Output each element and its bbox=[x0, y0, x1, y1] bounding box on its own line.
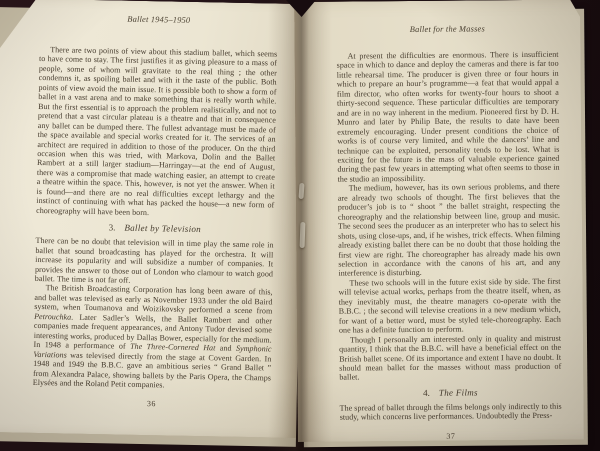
paragraph-difficulties: At present the difficulties are enormous… bbox=[337, 50, 560, 184]
paragraph-bbc-history: The British Broadcasting Corporation has… bbox=[33, 283, 273, 392]
section-number: 4. bbox=[423, 388, 430, 398]
paragraph-side-by-side: These two schools will in the future exi… bbox=[338, 277, 560, 336]
paragraph-spread-of-ballet: The spread of ballet through the films b… bbox=[340, 402, 562, 423]
book-photo: Ballet 1945–1950 There are two points of… bbox=[0, 0, 600, 451]
paragraph-quality-quantity: Though I personally am interested only i… bbox=[339, 333, 561, 382]
page-number-left: 36 bbox=[32, 397, 270, 411]
paragraph-stadium-ballet: There are two points of view about this … bbox=[36, 45, 277, 220]
right-page: Ballet for the Masses At present the dif… bbox=[294, 0, 584, 442]
running-head-right: Ballet for the Masses bbox=[336, 24, 558, 36]
section-title: The Films bbox=[439, 387, 478, 397]
running-head-left: Ballet 1945–1950 bbox=[40, 13, 278, 28]
page-number-right: 37 bbox=[340, 430, 562, 441]
left-page: Ballet 1945–1950 There are two points of… bbox=[0, 0, 304, 438]
section-heading-ballet-by-television: 3.Ballet by Television bbox=[36, 220, 274, 237]
binding-thread bbox=[300, 222, 306, 248]
paragraph-television-role: There can be no doubt that television wi… bbox=[35, 236, 274, 288]
section-title: Ballet by Television bbox=[124, 223, 201, 234]
section-number: 3. bbox=[109, 222, 116, 232]
section-heading-the-films: 4.The Films bbox=[339, 386, 561, 400]
paragraph-two-schools: The medium, however, has its own serious… bbox=[338, 182, 561, 278]
